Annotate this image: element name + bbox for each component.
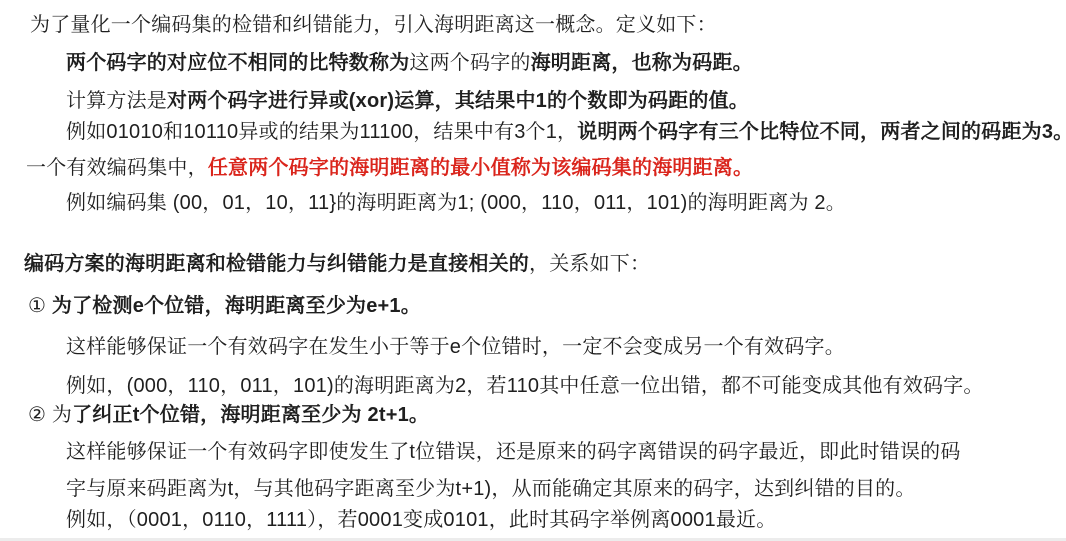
text-segment: 例如，（0001，0110，1111），若0001变成0101，此时其码字举例离… [66,509,776,531]
text-line: 计算方法是对两个码字进行异或(xor)运算，其结果中1的个数即为码距的值。 [66,89,749,114]
text-segment: 为了检测e个位错，海明距离至少为e+1。 [52,295,421,317]
text-segment: 为了量化一个编码集的检错和纠错能力，引入海明距离这一概念。定义如下： [30,14,717,36]
text-segment: ② 为 [28,404,72,426]
text-segment: 例如编码集 (00，01，10，11}的海明距离为1; (000，110，011… [66,192,846,214]
text-line: 一个有效编码集中，任意两个码字的海明距离的最小值称为该编码集的海明距离。 [26,156,753,181]
text-line: 例如，(000，110，011，101)的海明距离为2，若110其中任意一位出错… [66,374,984,399]
text-segment: 这两个码字的 [409,52,530,74]
text-segment: 这样能够保证一个有效码字即使发生了t位错误，还是原来的码字离错误的码字最近，即此… [66,441,961,463]
text-segment: 了纠正t个位错，海明距离至少为 2t+1。 [72,404,429,426]
text-segment: 例如01010和10110异或的结果为11100，结果中有3个1， [66,121,577,143]
text-segment: 字与原来码距离为t，与其他码字距离至少为t+1)，从而能确定其原来的码字，达到纠… [66,478,916,500]
text-segment: 对两个码字进行异或(xor)运算，其结果中1的个数即为码距的值。 [167,90,749,112]
text-segment: 编码方案的海明距离和检错能力与纠错能力是直接相关的 [24,253,529,275]
text-line: 字与原来码距离为t，与其他码字距离至少为t+1)，从而能确定其原来的码字，达到纠… [66,477,916,502]
text-segment: 两个码字的对应位不相同的比特数称为 [66,52,409,74]
text-segment: 说明两个码字有三个比特位不同，两者之间的码距为3。 [577,121,1066,143]
text-line: 例如，（0001，0110，1111），若0001变成0101，此时其码字举例离… [66,508,776,533]
document-page: 为了量化一个编码集的检错和纠错能力，引入海明距离这一概念。定义如下：两个码字的对… [0,0,1066,541]
text-segment: 一个有效编码集中， [26,157,208,179]
text-line: 为了量化一个编码集的检错和纠错能力，引入海明距离这一概念。定义如下： [30,13,717,38]
document-text: 为了量化一个编码集的检错和纠错能力，引入海明距离这一概念。定义如下：两个码字的对… [0,0,1066,541]
text-line: 两个码字的对应位不相同的比特数称为这两个码字的海明距离，也称为码距。 [66,51,753,76]
text-line: ① 为了检测e个位错，海明距离至少为e+1。 [28,294,421,319]
text-line: 这样能够保证一个有效码字在发生小于等于e个位错时，一定不会变成另一个有效码字。 [66,335,845,360]
text-segment: 例如，(000，110，011，101)的海明距离为2，若110其中任意一位出错… [66,375,984,397]
text-segment: 海明距离，也称为码距。 [531,52,753,74]
text-line: 编码方案的海明距离和检错能力与纠错能力是直接相关的，关系如下： [24,252,650,277]
text-segment: 任意两个码字的海明距离的最小值称为该编码集的海明距离。 [208,157,753,179]
text-line: ② 为了纠正t个位错，海明距离至少为 2t+1。 [28,403,429,428]
text-line: 例如编码集 (00，01，10，11}的海明距离为1; (000，110，011… [66,191,846,216]
text-segment: ① [28,295,52,317]
text-line: 例如01010和10110异或的结果为11100，结果中有3个1，说明两个码字有… [66,120,1066,145]
text-line: 这样能够保证一个有效码字即使发生了t位错误，还是原来的码字离错误的码字最近，即此… [66,440,961,465]
text-segment: 这样能够保证一个有效码字在发生小于等于e个位错时，一定不会变成另一个有效码字。 [66,336,845,358]
text-segment: 计算方法是 [66,90,167,112]
text-segment: ，关系如下： [529,253,650,275]
